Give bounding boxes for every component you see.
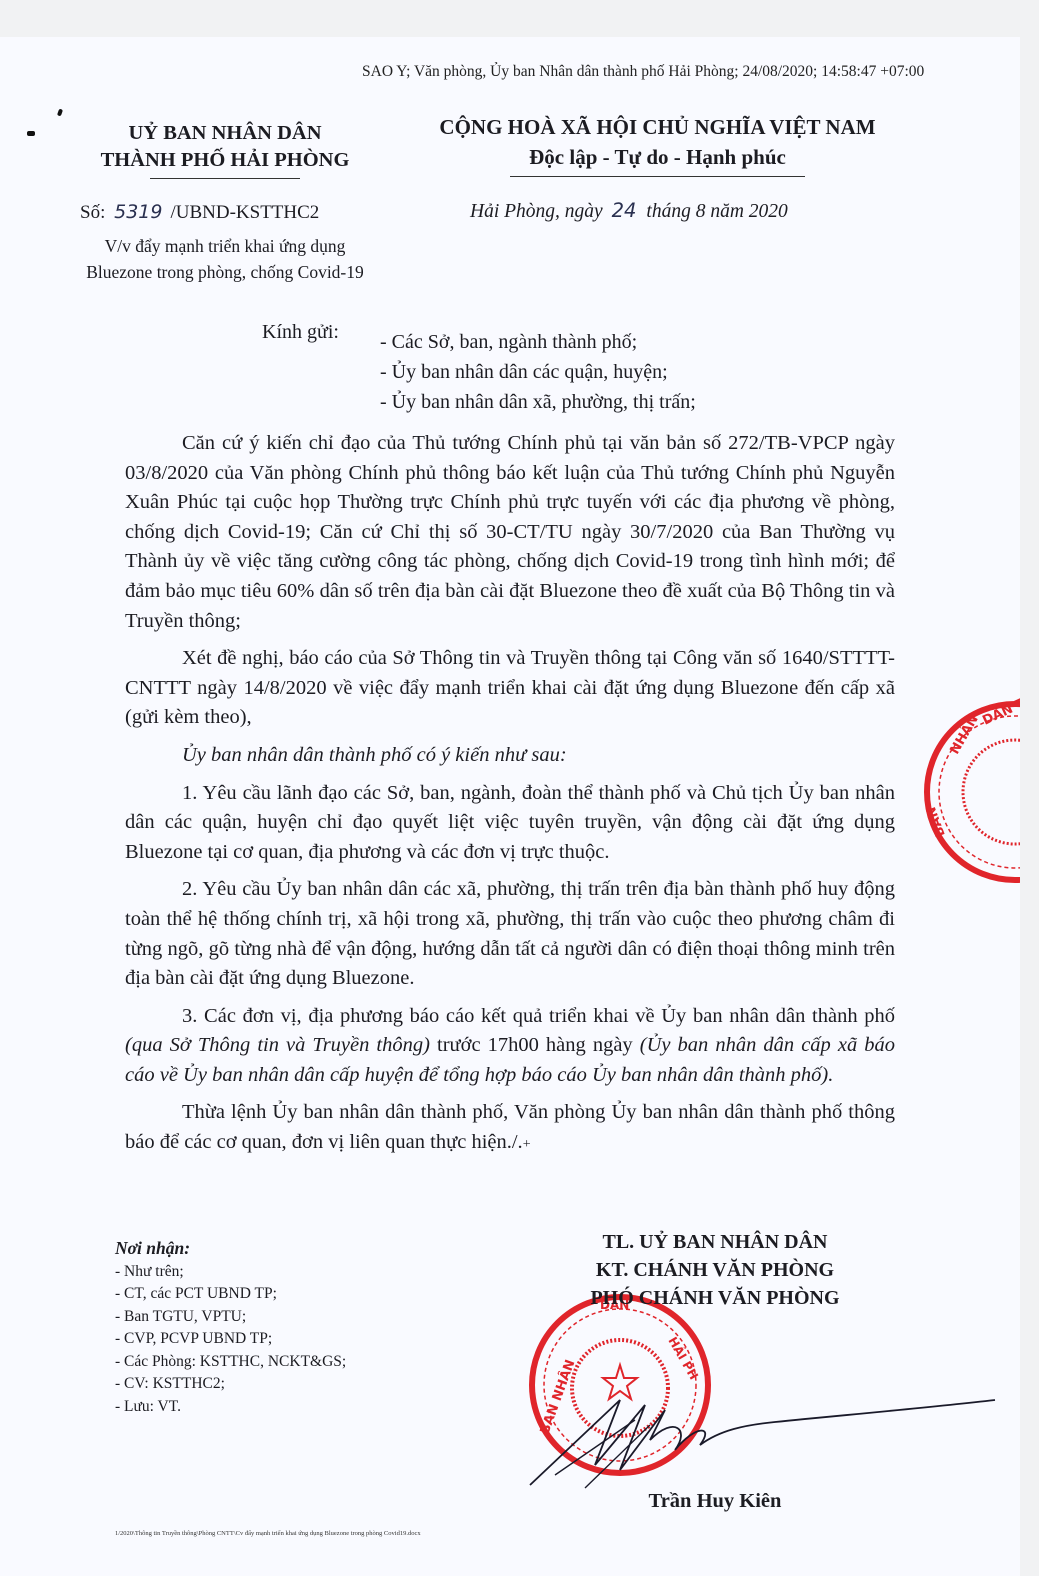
authority-line1: UỶ BAN NHÂN DÂN [55,120,395,147]
handwritten-day: 24 [612,199,637,222]
signer-name: Trần Huy Kiên [555,1490,875,1513]
paragraph: Ủy ban nhân dân thành phố có ý kiến như … [125,741,895,771]
addressee-item: - Ủy ban nhân dân các quận, huyện; [380,357,696,387]
authority-line2: THÀNH PHỐ HẢI PHÒNG [55,147,395,174]
cc-item: - Như trên; [115,1261,346,1284]
divider [150,178,300,179]
addressee-list: - Các Sở, ban, ngành thành phố; - Ủy ban… [380,327,696,417]
file-path-footer: 1/2020\Thông tin Truyền thông\Phòng CNTT… [115,1530,421,1537]
issuing-authority: UỶ BAN NHÂN DÂN THÀNH PHỐ HẢI PHÒNG [55,120,395,179]
paragraph: 3. Các đơn vị, địa phương báo cáo kết qu… [125,1002,895,1091]
signature-block: TL. UỶ BAN NHÂN DÂN KT. CHÁNH VĂN PHÒNG … [555,1228,875,1312]
cc-item: - CV: KSTTHC2; [115,1373,346,1396]
side-seal-icon: NHÂN DÂN TH BAN [915,695,1020,890]
addressee-item: - Ủy ban nhân dân xã, phường, thị trấn; [380,387,696,417]
scan-mark [27,131,35,136]
paragraph: 2. Yêu cầu Ủy ban nhân dân các xã, phườn… [125,875,895,993]
addressee-label: Kính gửi: [262,321,339,344]
national-motto: CỘNG HOÀ XÃ HỘI CHỦ NGHĨA VIỆT NAM Độc l… [410,112,905,177]
divider [510,176,805,177]
svg-text:DÂN TH: DÂN TH [980,695,1020,729]
motto: Độc lập - Tự do - Hạnh phúc [410,142,905,172]
cc-item: - Lưu: VT. [115,1396,346,1419]
issue-date: Hải Phòng, ngày 24tháng 8 năm 2020 [470,199,788,223]
digital-copy-stamp: SAO Y; Văn phòng, Ủy ban Nhân dân thành … [362,63,924,81]
paragraph: Xét đề nghị, báo cáo của Sở Thông tin và… [125,644,895,733]
cc-recipients: Nơi nhận: - Như trên; - CT, các PCT UBND… [115,1237,346,1418]
cc-item: - CVP, PCVP UBND TP; [115,1328,346,1351]
cc-item: - CT, các PCT UBND TP; [115,1283,346,1306]
paragraph: Thừa lệnh Ủy ban nhân dân thành phố, Văn… [125,1098,895,1159]
cc-title: Nơi nhận: [115,1237,346,1260]
cc-item: - Ban TGTU, VPTU; [115,1306,346,1329]
handwritten-number: 5319 [114,201,162,223]
subject: V/v đẩy mạnh triển khai ứng dụng Bluezon… [55,233,395,285]
svg-text:BAN: BAN [924,805,949,839]
paragraph: Căn cứ ý kiến chỉ đạo của Thủ tướng Chín… [125,429,895,636]
document-number: Số: 5319/UBND-KSTTHC2 [80,201,319,224]
addressee-item: - Các Sở, ban, ngành thành phố; [380,327,696,357]
cc-item: - Các Phòng: KSTTHC, NCKT&GS; [115,1351,346,1374]
signature-icon [525,1370,1005,1500]
country-name: CỘNG HOÀ XÃ HỘI CHỦ NGHĨA VIỆT NAM [410,112,905,142]
document-body: Căn cứ ý kiến chỉ đạo của Thủ tướng Chín… [125,429,895,1168]
paragraph: 1. Yêu cầu lãnh đạo các Sở, ban, ngành, … [125,779,895,868]
handwritten-mark: + [523,1137,531,1152]
